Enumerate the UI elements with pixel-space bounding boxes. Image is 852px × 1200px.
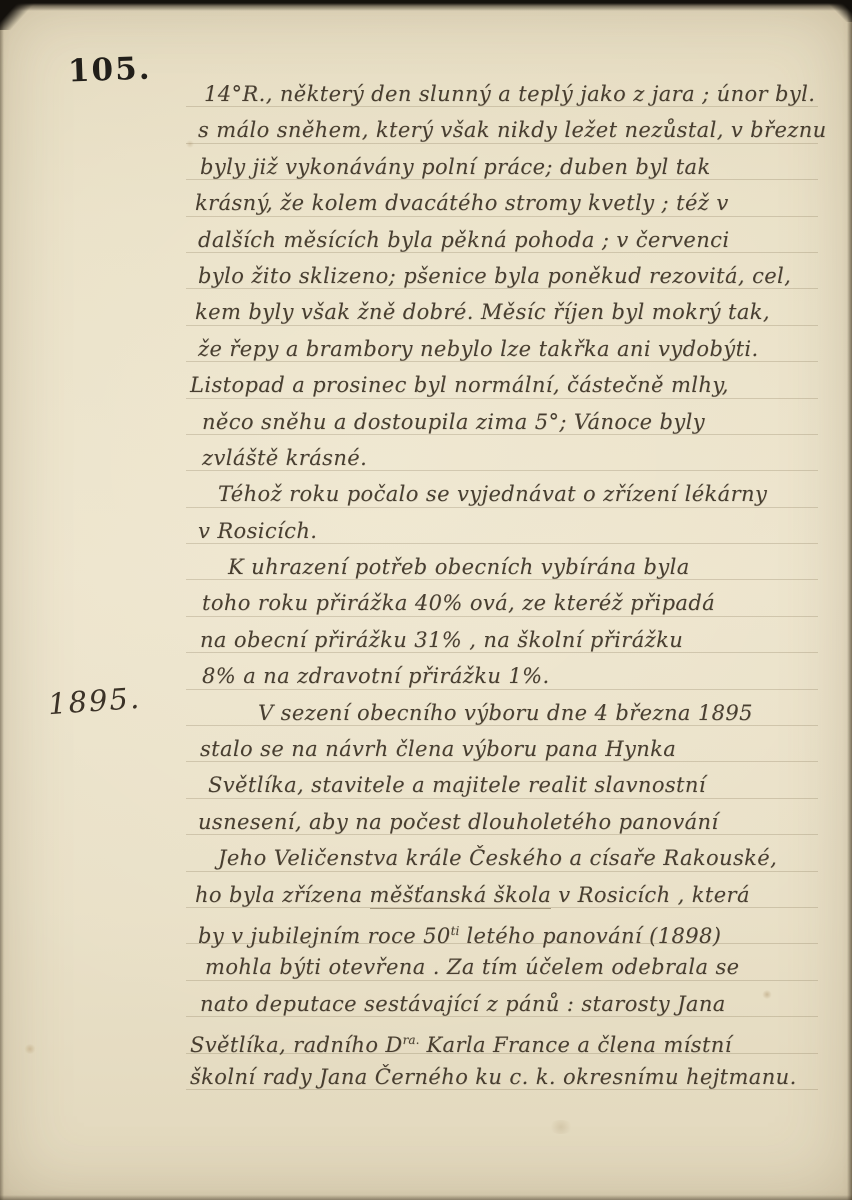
manuscript-line-text: s málo sněhem, který však nikdy ležet ne… xyxy=(198,118,827,142)
manuscript-line: zvláště krásné. xyxy=(0,440,852,476)
manuscript-line-text: stalo se na návrh člena výboru pana Hynk… xyxy=(200,737,676,761)
scan-corner-top-left xyxy=(0,0,34,30)
manuscript-line-text: Světlíka, stavitele a majitele realit sl… xyxy=(208,773,706,797)
manuscript-line-text: krásný, že kolem dvacátého stromy kvetly… xyxy=(195,191,729,215)
manuscript-line: stalo se na návrh člena výboru pana Hynk… xyxy=(0,731,852,767)
manuscript-line-text: by v jubilejním roce 50ti letého panován… xyxy=(198,924,721,948)
manuscript-line: Téhož roku počalo se vyjednávat o zřízen… xyxy=(0,476,852,512)
manuscript-line: nato deputace sestávající z pánů : staro… xyxy=(0,986,852,1022)
paper-stain xyxy=(548,1120,574,1134)
manuscript-line: mohla býti otevřena . Za tím účelem odeb… xyxy=(0,949,852,985)
manuscript-line-text: bylo žito sklizeno; pšenice byla poněkud… xyxy=(198,264,791,288)
scan-edge-top xyxy=(0,0,852,11)
manuscript-line: ho byla zřízena měšťanská škola v Rosicí… xyxy=(0,877,852,913)
manuscript-line: že řepy a brambory nebylo lze takřka ani… xyxy=(0,331,852,367)
manuscript-line: by v jubilejním roce 50ti letého panován… xyxy=(0,913,852,949)
manuscript-line: K uhrazení potřeb obecních vybírána byla xyxy=(0,549,852,585)
manuscript-line-text: na obecní přirážku 31% , na školní přirá… xyxy=(200,628,683,652)
manuscript-line: něco sněhu a dostoupila zima 5°; Vánoce … xyxy=(0,404,852,440)
manuscript-line: Listopad a prosinec byl normální, částeč… xyxy=(0,367,852,403)
manuscript-line-text: že řepy a brambory nebylo lze takřka ani… xyxy=(198,337,759,361)
manuscript-line: toho roku přirážka 40% ová, ze kteréž př… xyxy=(0,585,852,621)
manuscript-line-text: mohla býti otevřena . Za tím účelem odeb… xyxy=(205,955,739,979)
manuscript-line-text: usnesení, aby na počest dlouholetého pan… xyxy=(198,810,719,834)
manuscript-line: Světlíka, radního Dra. Karla France a čl… xyxy=(0,1022,852,1058)
scan-edge-bottom xyxy=(0,1195,852,1200)
manuscript-line: 14°R., některý den slunný a teplý jako z… xyxy=(0,76,852,112)
manuscript-line-text: V sezení obecního výboru dne 4 března 18… xyxy=(258,701,753,725)
manuscript-line-text: ho byla zřízena měšťanská škola v Rosicí… xyxy=(195,883,750,907)
manuscript-lines: 14°R., některý den slunný a teplý jako z… xyxy=(0,76,852,1095)
manuscript-line: na obecní přirážku 31% , na školní přirá… xyxy=(0,622,852,658)
manuscript-line: usnesení, aby na počest dlouholetého pan… xyxy=(0,804,852,840)
manuscript-line: V sezení obecního výboru dne 4 března 18… xyxy=(0,695,852,731)
manuscript-line-text: něco sněhu a dostoupila zima 5°; Vánoce … xyxy=(202,410,705,434)
manuscript-line-text: 8% a na zdravotní přirážku 1%. xyxy=(202,664,550,688)
manuscript-line: Jeho Veličenstva krále Českého a císaře … xyxy=(0,840,852,876)
manuscript-line: kem byly však žně dobré. Měsíc říjen byl… xyxy=(0,294,852,330)
manuscript-line: s málo sněhem, který však nikdy ležet ne… xyxy=(0,112,852,148)
manuscript-line: školní rady Jana Černého ku c. k. okresn… xyxy=(0,1059,852,1095)
manuscript-line: Světlíka, stavitele a majitele realit sl… xyxy=(0,767,852,803)
manuscript-line: byly již vykonávány polní práce; duben b… xyxy=(0,149,852,185)
manuscript-line-text: Jeho Veličenstva krále Českého a císaře … xyxy=(218,846,777,870)
manuscript-line-text: Listopad a prosinec byl normální, částeč… xyxy=(190,373,729,397)
manuscript-line-text: byly již vykonávány polní práce; duben b… xyxy=(200,155,711,179)
manuscript-line: v Rosicích. xyxy=(0,513,852,549)
manuscript-line-text: školní rady Jana Černého ku c. k. okresn… xyxy=(190,1065,797,1089)
manuscript-line: 8% a na zdravotní přirážku 1%. xyxy=(0,658,852,694)
manuscript-line-text: 14°R., některý den slunný a teplý jako z… xyxy=(204,82,815,106)
manuscript-line-text: Světlíka, radního Dra. Karla France a čl… xyxy=(190,1033,732,1057)
manuscript-line-text: kem byly však žně dobré. Měsíc říjen byl… xyxy=(195,300,770,324)
manuscript-line-text: zvláště krásné. xyxy=(202,446,367,470)
scan-corner-top-right xyxy=(826,0,852,22)
manuscript-line-text: nato deputace sestávající z pánů : staro… xyxy=(200,992,726,1016)
manuscript-line-text: toho roku přirážka 40% ová, ze kteréž př… xyxy=(202,591,715,615)
manuscript-line-text: dalších měsících byla pěkná pohoda ; v č… xyxy=(198,228,729,252)
manuscript-page: 105. 1895. 14°R., některý den slunný a t… xyxy=(0,0,852,1200)
manuscript-line-text: K uhrazení potřeb obecních vybírána byla xyxy=(228,555,690,579)
manuscript-line-text: v Rosicích. xyxy=(198,519,317,543)
manuscript-line: bylo žito sklizeno; pšenice byla poněkud… xyxy=(0,258,852,294)
manuscript-line: dalších měsících byla pěkná pohoda ; v č… xyxy=(0,222,852,258)
manuscript-line-text: Téhož roku počalo se vyjednávat o zřízen… xyxy=(218,482,767,506)
manuscript-line: krásný, že kolem dvacátého stromy kvetly… xyxy=(0,185,852,221)
